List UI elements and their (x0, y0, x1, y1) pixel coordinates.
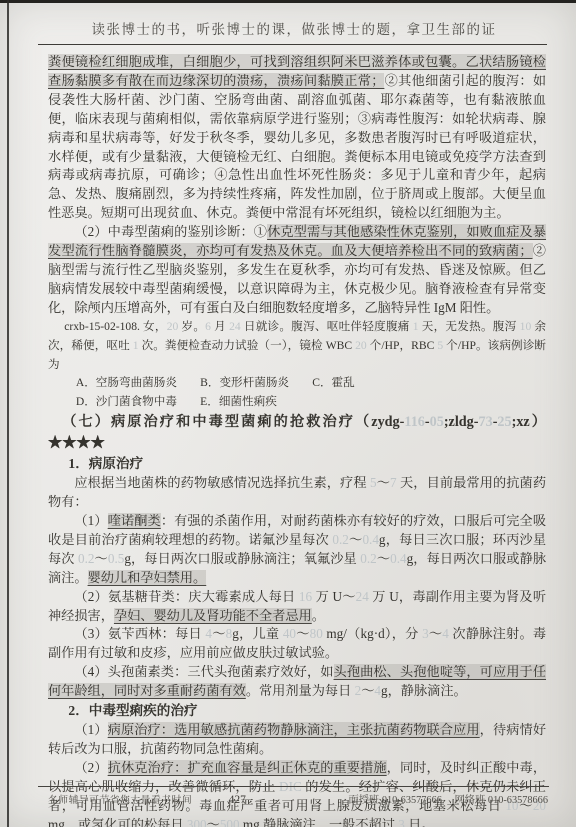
faint-fill-in-value: 20 (355, 339, 367, 352)
text-run: （1） (74, 513, 107, 528)
faint-fill-in-value: 05 (430, 414, 444, 430)
text-run: crxb-15-02-108. 女， (64, 320, 167, 333)
text-run: （2）中毒型菌痢的鉴别诊断：① (74, 224, 267, 239)
faint-fill-in-value: 10 (520, 320, 532, 333)
paragraph-pathogen-therapy: （1）病原治疗：选用敏感抗菌药物静脉滴注，主张抗菌药物联合应用，待病情好转后改为… (48, 721, 546, 759)
text-run: 月 (211, 320, 229, 333)
text-run: 应根据当地菌株的药物敏感情况选择抗生素，疗程 (74, 475, 370, 490)
faint-fill-in-value: 20 (167, 320, 179, 333)
document-body: 粪便镜检红细胞成堆，白细胞少，可找到溶组织阿米巴滋养体或包囊。乙状结肠镜检查肠黏… (48, 53, 546, 827)
text-run: （1） (74, 722, 107, 737)
paragraph-toxic-dysentery-differential: （2）中毒型菌痢的鉴别诊断：①休克型需与其他感染性休克鉴别，如败血症及暴发型流行… (48, 223, 546, 318)
faint-fill-in-value: 4 (442, 626, 449, 641)
paragraph-aminoglycosides: （2）氨基糖苷类：庆大霉素成人每日 16 万 U～24 万 U，毒副作用主要为肾… (48, 588, 546, 626)
paragraph-ampicillin: （3）氨苄西林：每日 4～8g，儿童 40～80 mg/（kg·d），分 3～4… (48, 625, 546, 663)
text-run: ～ (207, 817, 220, 827)
contact-class-2-label: 网络班 (454, 795, 485, 806)
text-run: 日。 (405, 817, 435, 827)
faint-fill-in-value: 116 (404, 414, 425, 430)
text-run: 个/HP，RBC (367, 339, 438, 352)
faint-fill-in-value: 3 (422, 626, 429, 641)
faint-fill-in-value: 40 (283, 626, 296, 641)
contact-class-1: 面授班 010-63577666 (348, 795, 442, 806)
text-run: 1．病原治疗 (68, 456, 143, 471)
paragraph-differential-diagnosis-continued: 粪便镜检红细胞成堆，白细胞少，可找到溶组织阿米巴滋养体或包囊。乙状结肠镜检查肠黏… (48, 53, 546, 223)
text-run: ～ (296, 626, 310, 641)
paragraph-antibiotic-selection: 应根据当地菌株的药物敏感情况选择抗生素，疗程 5～7 天，目前最常用的抗菌药物有… (48, 474, 546, 512)
paragraph-options-de: D．沙门菌食物中毒 E．细菌性痢疾 (48, 393, 546, 412)
page-number: 427 (229, 794, 246, 806)
highlighted-underlined-text: 喹诺酮类 (108, 513, 161, 528)
contact-class-2-phone: 010-63578666 (488, 795, 548, 806)
text-run: ②其他细菌引起的腹泻：如侵袭性大肠杆菌、沙门菌、空肠弯曲菌、副溶血弧菌、耶尔森菌… (48, 73, 546, 220)
text-run: 次。粪便检查动力试验（一），镜检 WBC (139, 339, 356, 352)
faint-fill-in-value: 4 (374, 683, 381, 698)
scan-top-edge-line (0, 0, 576, 3)
header-divider (38, 44, 547, 45)
faint-fill-in-value: 16 (299, 589, 312, 604)
scanned-book-page: 读张博士的书，听张博士的课，做张博士的题，拿卫生部的证 粪便镜检红细胞成堆，白细… (0, 0, 576, 827)
text-run: 日就诊。腹泻、呕吐伴轻度腹痛 (241, 320, 413, 333)
text-run: （3）氨苄西林：每日 (74, 626, 205, 641)
text-run: ～ (94, 551, 107, 566)
faint-fill-in-value: 0.2 (332, 532, 348, 547)
text-run: （2）氨基糖苷类：庆大霉素成人每日 (74, 589, 299, 604)
text-run: （2） (74, 760, 107, 775)
faint-fill-in-value: 500 (220, 817, 240, 827)
text-run: D．沙门菌食物中毒 E．细菌性痢疾 (76, 395, 277, 408)
faint-fill-in-value: 0.2 (78, 551, 94, 566)
text-run: 。 (312, 608, 325, 623)
paragraph-options-abc: A．空肠弯曲菌肠炎 B．变形杆菌肠炎 C．霍乱 (48, 374, 546, 393)
text-run: mg，或氢化可的松每日 (48, 817, 187, 827)
faint-fill-in-value: 0.2 (360, 551, 376, 566)
faint-fill-in-value: 0.5 (108, 551, 124, 566)
faint-fill-in-value: 3 (398, 817, 405, 827)
faint-fill-in-value: 5 (370, 475, 377, 490)
paragraph-quinolones: （1）喹诺酮类：有强的杀菌作用，对耐药菌株亦有较好的疗效，口服后可完全吸收是目前… (48, 512, 546, 588)
highlighted-underlined-text: 病原治疗：选用敏感抗菌药物静脉滴注，主张抗菌药物联合应用 (108, 722, 480, 737)
text-run: g，儿童 (232, 626, 283, 641)
faint-fill-in-value: 7 (390, 475, 397, 490)
text-run: （4）头孢菌素类：三代头孢菌素疗效好，如 (74, 664, 333, 679)
text-run: 。常用剂量为每日 (246, 683, 355, 698)
faint-fill-in-value: 0.4 (390, 551, 406, 566)
subheading-pathogen-treatment: 1．病原治疗 (48, 454, 546, 474)
text-run: 岁。 (178, 320, 205, 333)
text-run: mg 静脉滴注，一般不超过 (240, 817, 399, 827)
highlighted-underlined-text: 婴幼儿和孕妇禁用。 (88, 570, 207, 585)
text-run: 万 U～ (312, 589, 356, 604)
faint-fill-in-value: 80 (310, 626, 323, 641)
text-run: ～ (361, 683, 374, 698)
faint-fill-in-value: 25 (497, 414, 511, 430)
text-run: 2．中毒型痢疾的治疗 (68, 703, 197, 718)
paragraph-exam-question-crxb-15-02-108: crxb-15-02-108. 女，20 岁。6 月 24 日就诊。腹泻、呕吐伴… (48, 318, 546, 375)
contact-class-2: 网络班 010-63578666 (454, 795, 548, 806)
text-run: ～ (349, 532, 363, 547)
footer-left-note: 名师辅导可节省您大量看书时间 (48, 792, 192, 806)
subheading-toxic-dysentery-treatment: 2．中毒型痢疾的治疗 (48, 701, 546, 721)
footer-contacts: 面授班 010-63577666 网络班 010-63578666 (338, 791, 548, 806)
text-run: ～ (212, 626, 226, 641)
faint-fill-in-value: 300 (187, 817, 207, 827)
faint-fill-in-value: 0.4 (362, 532, 378, 547)
contact-class-1-phone: 010-63577666 (382, 795, 442, 806)
highlighted-underlined-text: 孕妇、婴幼儿及肾功能不全者忌用 (114, 608, 312, 623)
faint-fill-in-value: 24 (356, 589, 369, 604)
text-run: ～ (377, 475, 390, 490)
faint-fill-in-value: 73 (479, 414, 493, 430)
text-run: （七）病原治疗和中毒型菌痢的抢救治疗（zydg- (62, 414, 404, 430)
text-run: mg/（kg·d），分 (323, 626, 422, 641)
text-run: ～ (429, 626, 443, 641)
page-header-slogan: 读张博士的书，听张博士的课，做张博士的题，拿卫生部的证 (40, 18, 548, 38)
faint-fill-in-value: 24 (229, 320, 241, 333)
page-footer: 名师辅导可节省您大量看书时间 427 面授班 010-63577666 网络班 … (48, 791, 548, 806)
text-run: 天，无发热。腹泻 (419, 320, 520, 333)
highlighted-underlined-text: 抗休克治疗：扩充血容量是纠正休克的重要措施 (108, 760, 387, 775)
text-run: g，每日两次口服或静脉滴注；氧氟沙星 (124, 551, 360, 566)
contact-class-1-label: 面授班 (348, 795, 379, 806)
text-run: ～ (377, 551, 390, 566)
text-run: g，静脉滴注。 (381, 683, 467, 698)
paragraph-cephalosporins: （4）头孢菌素类：三代头孢菌素疗效好，如头孢曲松、头孢他啶等，可应用于任何年龄组… (48, 663, 546, 701)
scan-left-edge-line (7, 0, 9, 827)
text-run: A．空肠弯曲菌肠炎 B．变形杆菌肠炎 C．霍乱 (76, 376, 355, 389)
text-run: ;zldg- (444, 414, 479, 430)
section-heading-seven: （七）病原治疗和中毒型菌痢的抢救治疗（zydg-116-05;zldg-73-2… (48, 412, 546, 454)
footer-divider (38, 786, 549, 787)
